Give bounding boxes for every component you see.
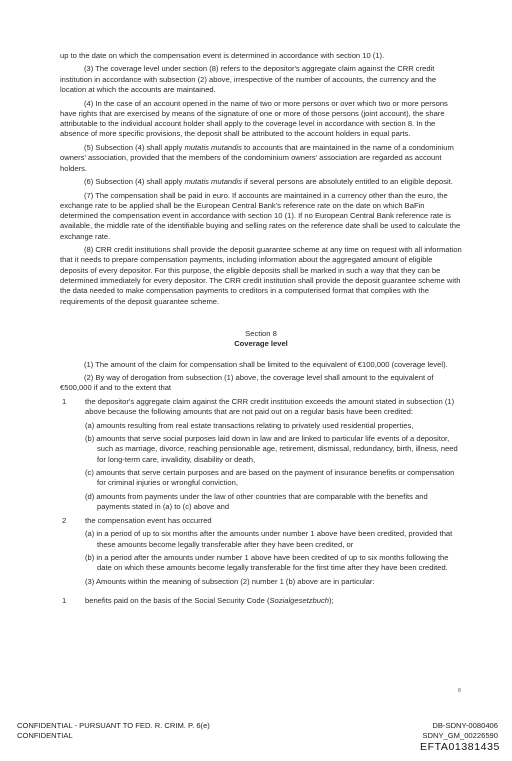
confidential-line-2: CONFIDENTIAL — [17, 731, 210, 741]
bates-number-1: DB-SDNY-0080406 — [420, 721, 498, 731]
section-title: Coverage level — [60, 339, 462, 349]
paragraph-6: (6) Subsection (4) shall apply mutatis m… — [60, 177, 462, 187]
page-number: 8 — [458, 688, 461, 694]
bates-numbers: DB-SDNY-0080406 SDNY_GM_00226590 EFTA013… — [420, 721, 498, 754]
item-text: the compensation event has occurred — [85, 516, 212, 525]
s8-paragraph-2: (2) By way of derogation from subsection… — [60, 373, 462, 394]
section-heading: Section 8 Coverage level — [60, 329, 462, 350]
sub-item-d: (d) amounts from payments under the law … — [60, 492, 462, 513]
paragraph-4: (4) In the case of an account opened in … — [60, 99, 462, 140]
numbered-item-3: 1 benefits paid on the basis of the Soci… — [60, 596, 462, 606]
section-number: Section 8 — [60, 329, 462, 339]
efta-number: EFTA01381435 — [420, 741, 500, 754]
item-number: 1 — [62, 596, 66, 606]
sub-item-a: (a) in a period of up to six months afte… — [60, 529, 462, 550]
s8-paragraph-1: (1) The amount of the claim for compensa… — [60, 360, 462, 370]
paragraph-5: (5) Subsection (4) shall apply mutatis m… — [60, 143, 462, 174]
numbered-item-1: 1 the depositor's aggregate claim agains… — [60, 397, 462, 418]
sub-item-b: (b) in a period after the amounts under … — [60, 553, 462, 574]
bates-number-2: SDNY_GM_00226590 — [420, 731, 498, 741]
confidential-line-1: CONFIDENTIAL - PURSUANT TO FED. R. CRIM.… — [17, 721, 210, 731]
numbered-item-2: 2 the compensation event has occurred — [60, 516, 462, 526]
item-text: the depositor's aggregate claim against … — [85, 397, 454, 416]
paragraph-3: (3) The coverage level under section (8)… — [60, 64, 462, 95]
sub-item-c: (c) amounts that serve certain purposes … — [60, 468, 462, 489]
continuation-text: up to the date on which the compensation… — [60, 51, 462, 61]
sub-item-a: (a) amounts resulting from real estate t… — [60, 421, 462, 431]
paragraph-8: (8) CRR credit institutions shall provid… — [60, 245, 462, 307]
document-page: up to the date on which the compensation… — [60, 51, 462, 610]
item-number: 2 — [62, 516, 66, 526]
sub-item-b: (b) amounts that serve social purposes l… — [60, 434, 462, 465]
item-text: benefits paid on the basis of the Social… — [85, 596, 334, 605]
paragraph-7: (7) The compensation shall be paid in eu… — [60, 191, 462, 242]
s8-paragraph-3: (3) Amounts within the meaning of subsec… — [60, 577, 462, 587]
item-number: 1 — [62, 397, 66, 407]
confidential-footer: CONFIDENTIAL - PURSUANT TO FED. R. CRIM.… — [17, 721, 210, 741]
